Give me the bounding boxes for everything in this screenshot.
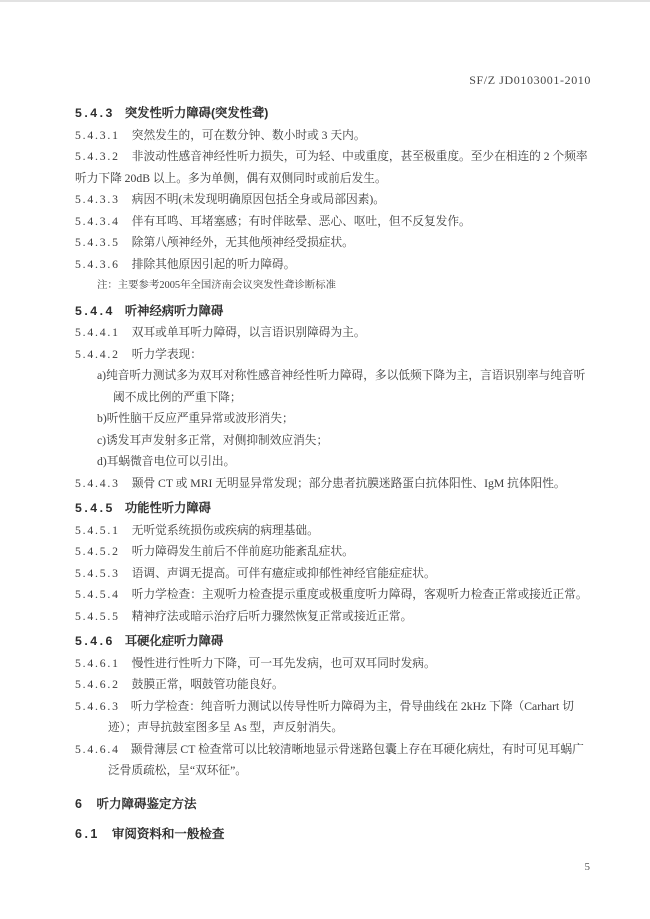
section-heading-5-4-3: 5.4.3突发性听力障碍(突发性聋) (75, 103, 591, 125)
list-item-d: d)耳蜗微音电位可以引出。 (75, 451, 591, 473)
clause-paragraph: 5.4.4.1双耳或单耳听力障碍，以言语识别障碍为主。 (75, 322, 591, 344)
clause-number: 5.4.6 (75, 634, 115, 648)
clause-number: 5.4.3.5 (75, 236, 120, 249)
clause-number: 5.4.3.3 (75, 193, 120, 206)
clause-number: 5.4.4.2 (75, 348, 120, 361)
clause-text: 双耳或单耳听力障碍，以言语识别障碍为主。 (132, 326, 366, 339)
clause-number: 5.4.5.1 (75, 524, 120, 537)
clause-paragraph: 5.4.3.1突然发生的，可在数分钟、数小时或 3 天内。 (75, 125, 591, 147)
clause-text: 听力学检查：主观听力检查提示重度或极重度听力障碍，客观听力检查正常或接近正常。 (132, 588, 588, 601)
clause-text: 非波动性感音神经性听力损失，可为轻、中或重度，甚至极重度。至少在相连的 2 个频… (75, 150, 588, 185)
document-page: SF/Z JD0103001-2010 5.4.3突发性听力障碍(突发性聋) 5… (0, 0, 650, 919)
clause-number: 5.4.6.4 (75, 743, 120, 756)
list-item-b: b)听性脑干反应严重异常或波形消失； (75, 408, 591, 430)
clause-text: 排除其他原因引起的听力障碍。 (132, 258, 296, 271)
clause-paragraph: 5.4.6.2鼓膜正常，咽鼓管功能良好。 (75, 674, 591, 696)
clause-text: 慢性进行性听力下降，可一耳先发病，也可双耳同时发病。 (132, 657, 436, 670)
clause-text: 突然发生的，可在数分钟、数小时或 3 天内。 (132, 129, 366, 142)
clause-paragraph: 5.4.3.6排除其他原因引起的听力障碍。 (75, 254, 591, 276)
clause-paragraph: 5.4.5.2听力障碍发生前后不伴前庭功能紊乱症状。 (75, 541, 591, 563)
clause-number: 5.4.3.2 (75, 150, 120, 163)
clause-number: 5.4.5.5 (75, 610, 120, 623)
clause-number: 5.4.3.4 (75, 215, 120, 228)
section-heading-5-4-6: 5.4.6耳硬化症听力障碍 (75, 631, 591, 653)
chapter-title: 听力障碍鉴定方法 (96, 797, 196, 811)
section-heading-5-4-4: 5.4.4听神经病听力障碍 (75, 301, 591, 323)
clause-text: 听力学表现： (132, 348, 202, 361)
clause-number: 5.4.6.1 (75, 657, 120, 670)
clause-text: 鼓膜正常，咽鼓管功能良好。 (132, 678, 284, 691)
clause-paragraph: 5.4.3.2非波动性感音神经性听力损失，可为轻、中或重度，甚至极重度。至少在相… (75, 146, 591, 189)
clause-number: 5.4.6.2 (75, 678, 120, 691)
clause-paragraph: 5.4.3.3病因不明(未发现明确原因包括全身或局部因素)。 (75, 189, 591, 211)
standard-code-header: SF/Z JD0103001-2010 (75, 73, 591, 87)
clause-text: 颞骨薄层 CT 检查常可以比较清晰地显示骨迷路包囊上存在耳硬化病灶，有时可见耳蜗… (108, 743, 584, 778)
clause-paragraph: 5.4.6.4颞骨薄层 CT 检查常可以比较清晰地显示骨迷路包囊上存在耳硬化病灶… (75, 739, 591, 782)
clause-number: 5.4.5.3 (75, 567, 120, 580)
clause-paragraph: 5.4.4.3颞骨 CT 或 MRI 无明显异常发现；部分患者抗膜迷路蛋白抗体阳… (75, 473, 591, 495)
clause-paragraph: 5.4.4.2听力学表现： (75, 344, 591, 366)
clause-text: 病因不明(未发现明确原因包括全身或局部因素)。 (132, 193, 385, 206)
clause-text: 颞骨 CT 或 MRI 无明显异常发现；部分患者抗膜迷路蛋白抗体阳性、IgM 抗… (132, 477, 566, 490)
section-heading-5-4-5: 5.4.5功能性听力障碍 (75, 498, 591, 520)
clause-number: 6.1 (75, 827, 100, 841)
clause-number: 5.4.3.6 (75, 258, 120, 271)
clause-number: 5.4.4 (75, 304, 115, 318)
section-title: 听神经病听力障碍 (125, 304, 223, 318)
clause-paragraph: 5.4.6.1慢性进行性听力下降，可一耳先发病，也可双耳同时发病。 (75, 653, 591, 675)
chapter-heading-6-1: 6.1审阅资料和一般检查 (75, 824, 591, 846)
clause-text: 语调、声调无提高。可伴有癔症或抑郁性神经官能症症状。 (132, 567, 436, 580)
clause-number: 6 (75, 797, 84, 811)
clause-number: 5.4.3 (75, 106, 115, 120)
section-title: 耳硬化症听力障碍 (125, 634, 223, 648)
clause-number: 5.4.5.2 (75, 545, 120, 558)
list-item-a: a)纯音听力测试多为双耳对称性感音神经性听力障碍，多以低频下降为主，言语识别率与… (75, 365, 591, 408)
clause-number: 5.4.3.1 (75, 129, 120, 142)
footnote: 注：主要参考2005年全国济南会议突发性聋诊断标准 (97, 275, 591, 297)
clause-paragraph: 5.4.6.3听力学检查：纯音听力测试以传导性听力障碍为主，骨导曲线在 2kHz… (75, 696, 591, 739)
clause-text: 听力学检查：纯音听力测试以传导性听力障碍为主，骨导曲线在 2kHz 下降（Car… (108, 700, 574, 735)
clause-number: 5.4.4.3 (75, 477, 120, 490)
chapter-heading-6: 6听力障碍鉴定方法 (75, 794, 591, 816)
clause-text: 除第八颅神经外，无其他颅神经受损症状。 (132, 236, 354, 249)
clause-paragraph: 5.4.5.1无听觉系统损伤或疾病的病理基础。 (75, 520, 591, 542)
section-title: 突发性听力障碍(突发性聋) (125, 106, 268, 120)
chapter-title: 审阅资料和一般检查 (112, 827, 225, 841)
clause-number: 5.4.6.3 (75, 700, 120, 713)
clause-paragraph: 5.4.5.5精神疗法或暗示治疗后听力骤然恢复正常或接近正常。 (75, 606, 591, 628)
clause-number: 5.4.5 (75, 501, 115, 515)
clause-paragraph: 5.4.3.5除第八颅神经外，无其他颅神经受损症状。 (75, 232, 591, 254)
section-title: 功能性听力障碍 (125, 501, 211, 515)
document-content: SF/Z JD0103001-2010 5.4.3突发性听力障碍(突发性聋) 5… (75, 2, 591, 846)
clause-text: 无听觉系统损伤或疾病的病理基础。 (132, 524, 319, 537)
clause-number: 5.4.5.4 (75, 588, 120, 601)
page-number: 5 (585, 860, 591, 874)
clause-paragraph: 5.4.5.3语调、声调无提高。可伴有癔症或抑郁性神经官能症症状。 (75, 563, 591, 585)
clause-paragraph: 5.4.5.4听力学检查：主观听力检查提示重度或极重度听力障碍，客观听力检查正常… (75, 584, 591, 606)
clause-text: 听力障碍发生前后不伴前庭功能紊乱症状。 (132, 545, 354, 558)
list-item-c: c)诱发耳声发射多正常，对侧抑制效应消失； (75, 430, 591, 452)
clause-number: 5.4.4.1 (75, 326, 120, 339)
clause-paragraph: 5.4.3.4伴有耳鸣、耳堵塞感；有时伴眩晕、恶心、呕吐，但不反复发作。 (75, 211, 591, 233)
clause-text: 精神疗法或暗示治疗后听力骤然恢复正常或接近正常。 (132, 610, 413, 623)
clause-text: 伴有耳鸣、耳堵塞感；有时伴眩晕、恶心、呕吐，但不反复发作。 (132, 215, 471, 228)
